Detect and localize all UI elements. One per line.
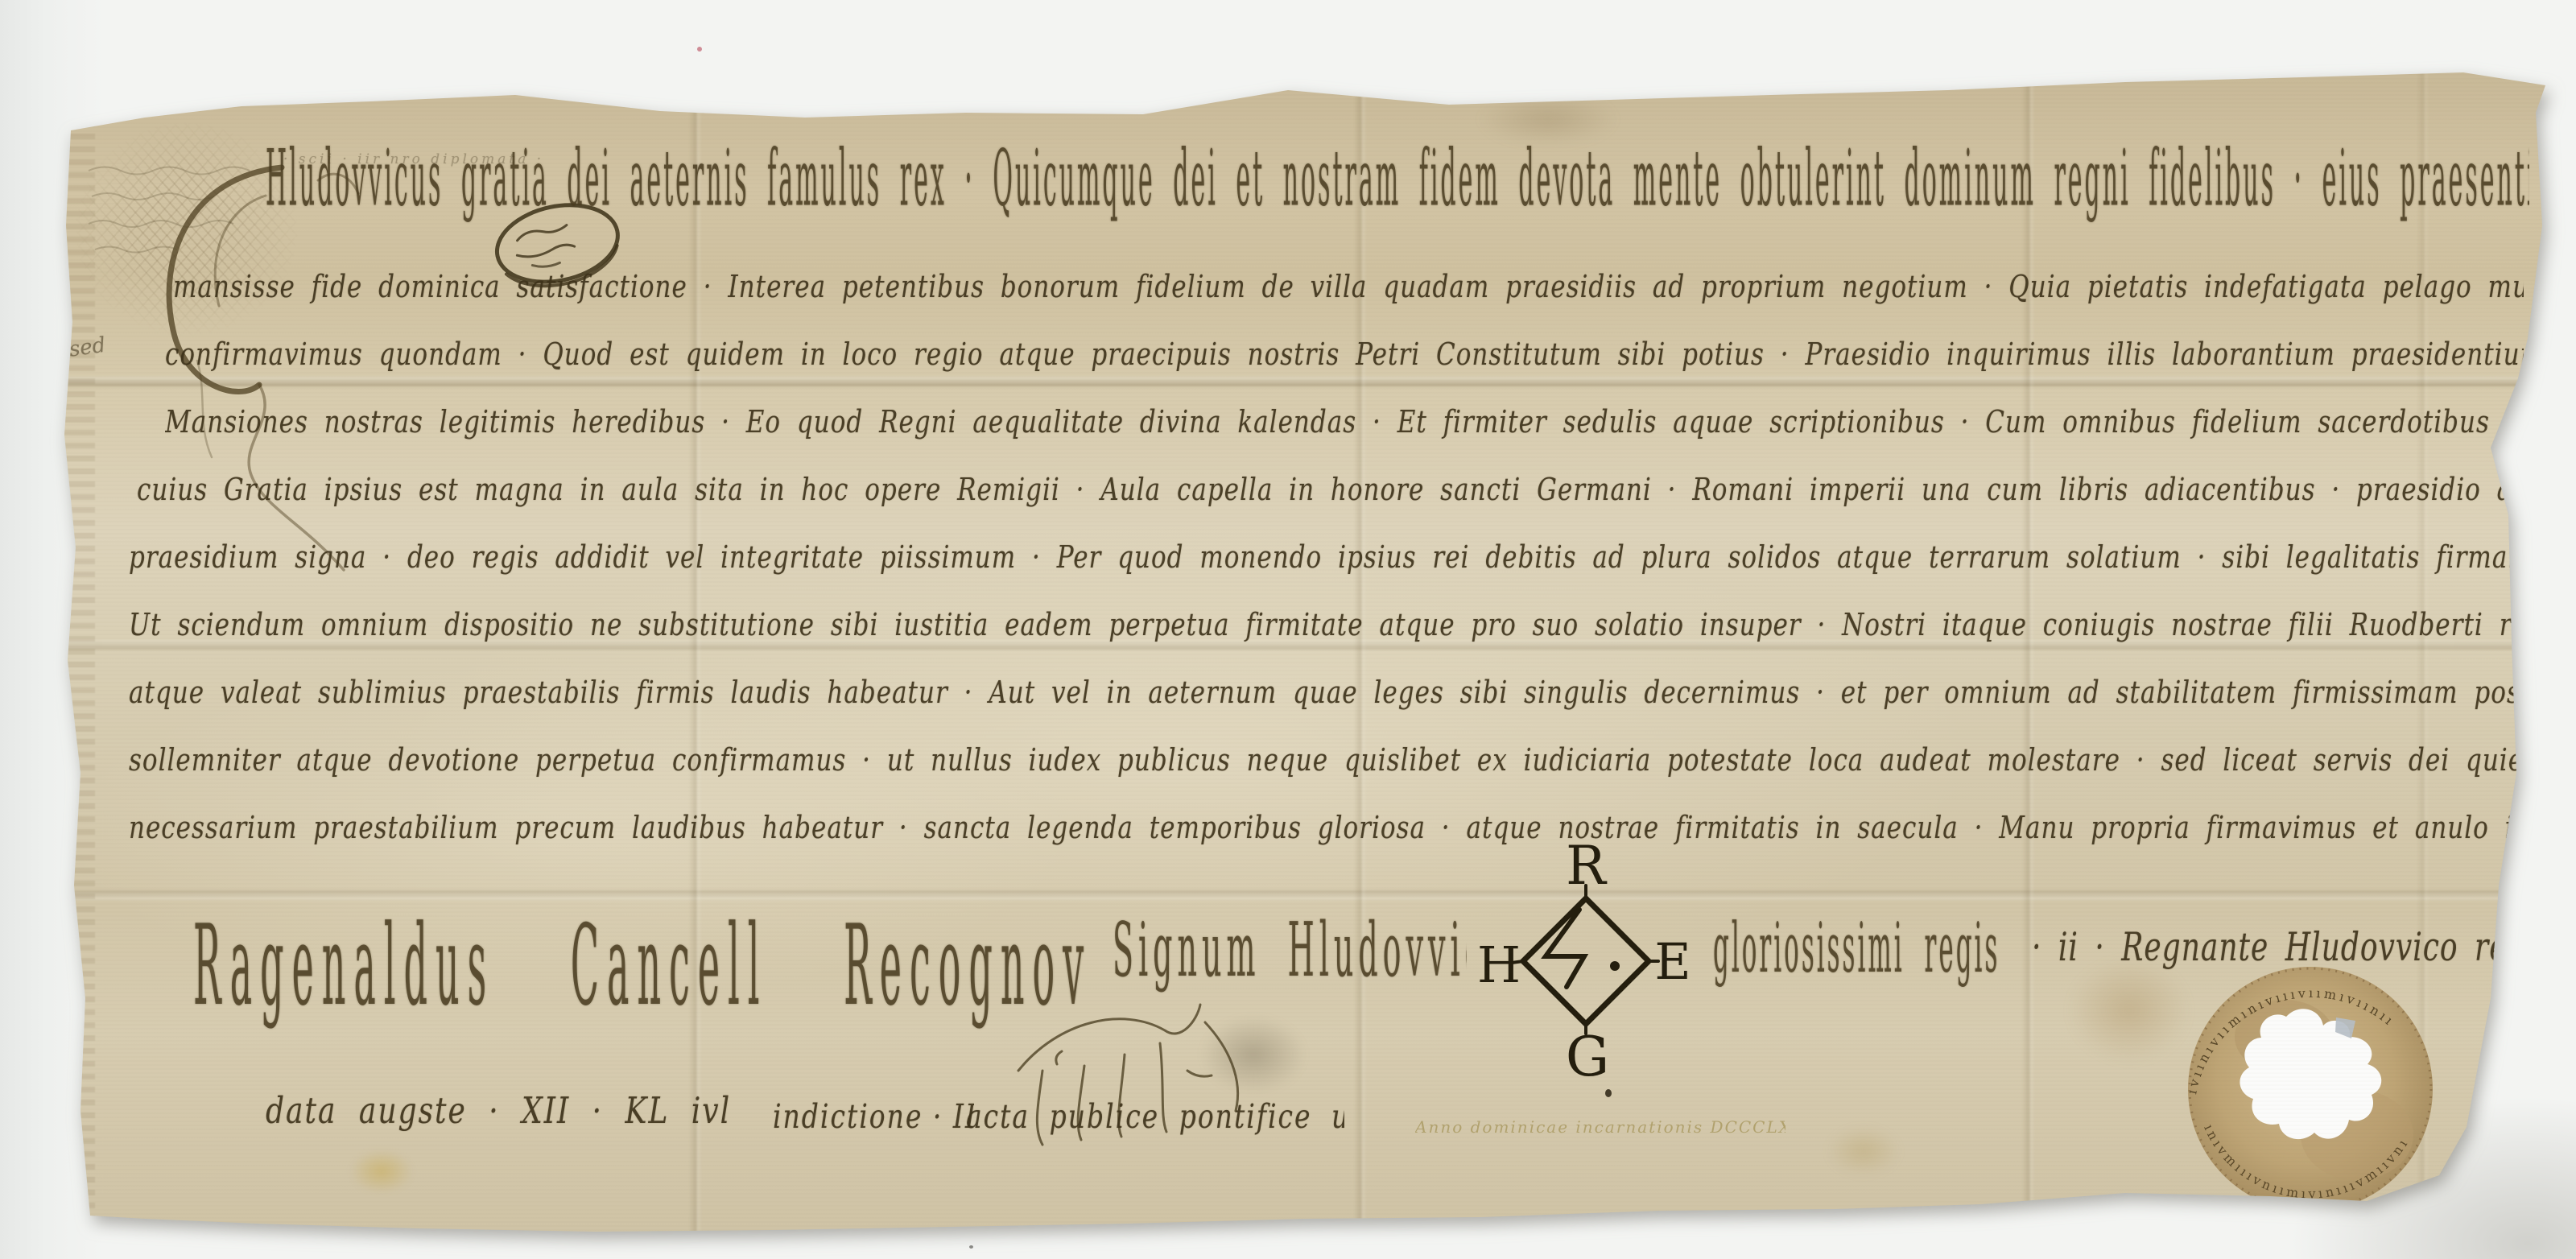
royal-monogram: R H E G [1457,828,1715,1085]
body-line: Mansiones nostras legitimis heredibus · … [165,404,2524,440]
monogram-letter-e: E [1654,932,1690,991]
fold-crease-horizontal [0,890,2576,900]
indiction-note: indictione · II · [773,1096,974,1136]
body-line: mansisse fide dominica satisfactione · I… [173,269,2524,305]
monogram-dot [1610,961,1620,971]
wax-seal: ıvıınıvıımınıvıııvıımıvıınıı ınıvmıııvnı… [2165,940,2455,1230]
invocation-line: Hludovvicus gratia dei aeternis famulus … [266,135,2529,225]
date-clause: data augste · XII · KL ivl · [266,1091,749,1132]
ink-speck [1605,1089,1612,1097]
body-line: confirmavimus quondam · Quod est quidem … [165,336,2524,373]
actum-note: acta publice pontifice urbe [966,1096,1344,1136]
monogram-letter-g: G [1566,1026,1609,1089]
margin-note-sed: sed [68,333,107,362]
signum-title: gloriosissimi regis [1713,910,2019,989]
body-line: Ut sciendum omnium dispositio ne substit… [129,607,2524,643]
faint-year-note: Anno dominicae incarnationis DCCCLXXXXII [1415,1117,1785,1137]
body-line: praesidium signa · deo regis addidit vel… [129,539,2524,576]
parchment-sheet: · scii · iir nro diplomata · Hludovvicus… [0,0,2576,1259]
body-line: atque valeat sublimius praestabilis firm… [129,675,2524,711]
body-line: necessarium praestabilium precum laudibu… [129,810,2524,846]
stain [1827,1127,1900,1175]
body-line: cuius Gratia ipsius est magna in aula si… [137,472,2524,508]
charter-photo: · scii · iir nro diplomata · Hludovvicus… [0,0,2576,1259]
recognition-line: Ragenaldus Cancell Recognovit [193,900,1087,1030]
stain [350,1150,413,1193]
monogram-letter-r: R [1566,835,1608,897]
body-line: sollemniter atque devotione perpetua con… [129,742,2524,778]
parchment-wrap: · scii · iir nro diplomata · Hludovvicus… [0,0,2576,1259]
monogram-letter-h: H [1477,935,1521,994]
